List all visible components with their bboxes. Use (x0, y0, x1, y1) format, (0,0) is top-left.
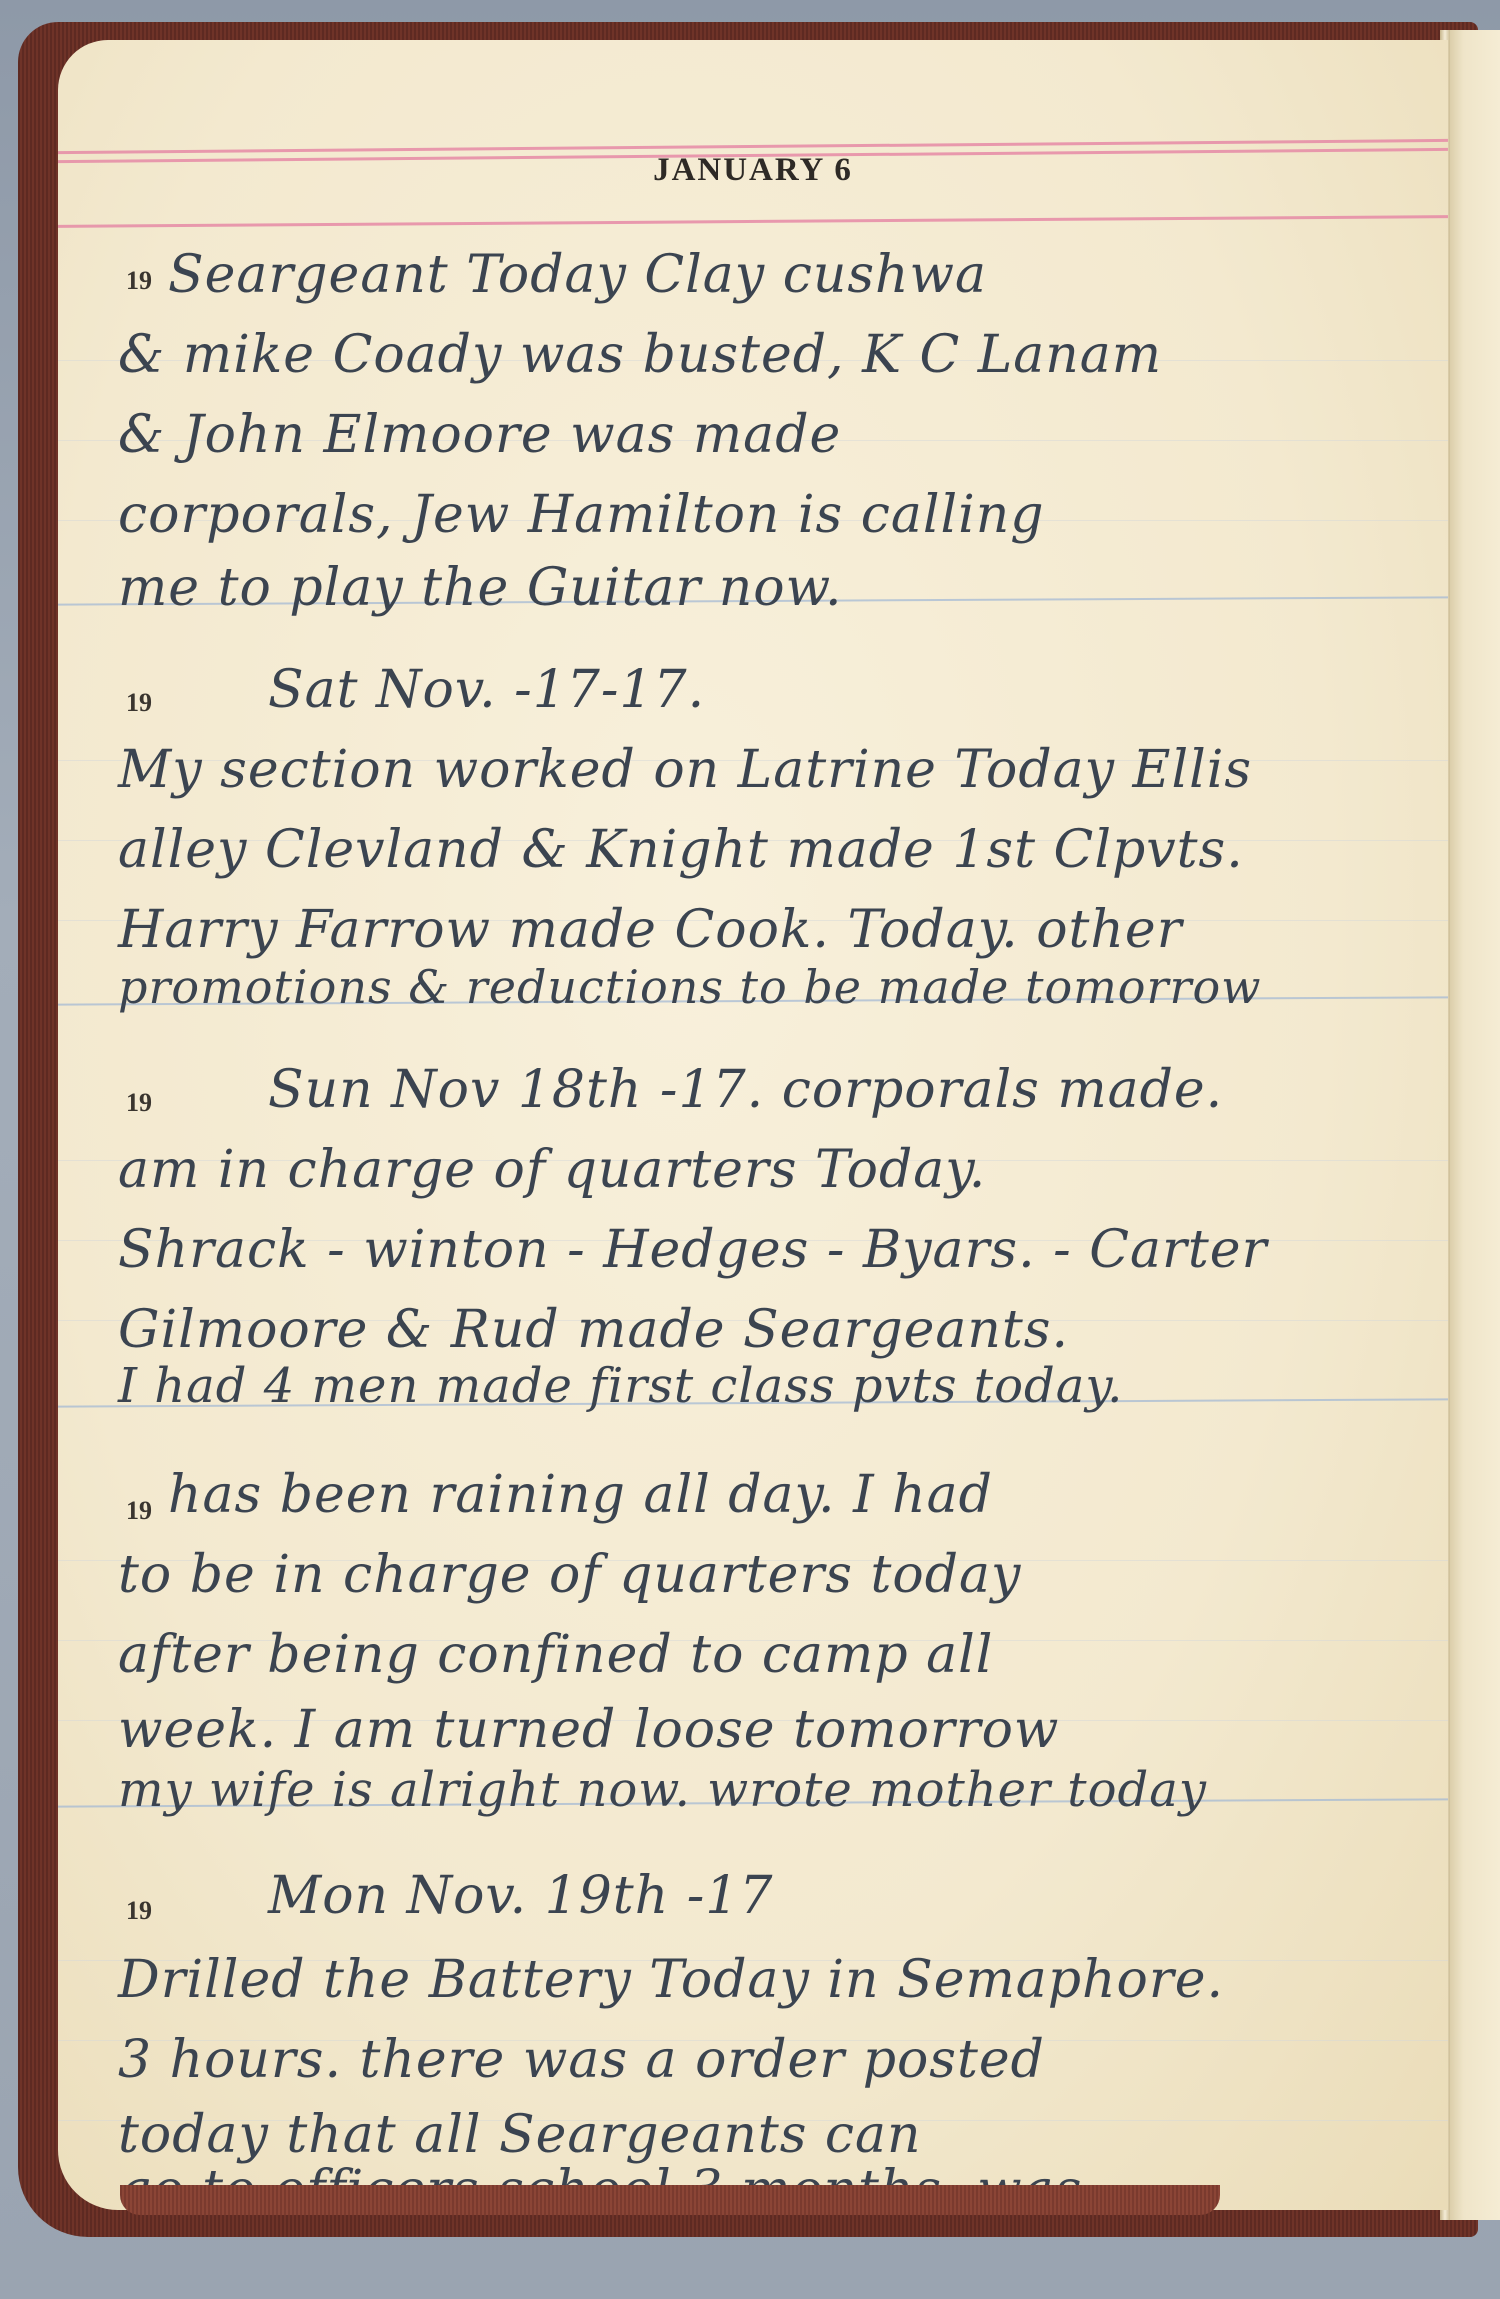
diary-page: JANUARY 6 19 Seargeant Today Clay cushwa… (58, 40, 1448, 2210)
year-label: 19 (126, 688, 152, 718)
handwritten-line: after being confined to camp all (118, 1625, 1448, 1685)
entry-date: Sun Nov 18th -17. corporals made. (268, 1060, 1448, 1120)
handwritten-line: 3 hours. there was a order posted (118, 2030, 1448, 2090)
handwritten-line: am in charge of quarters Today. (118, 1140, 1448, 1200)
year-label: 19 (126, 1496, 152, 1526)
year-label: 19 (126, 1088, 152, 1118)
cover-bottom-edge (120, 2185, 1220, 2215)
handwritten-line: my wife is alright now. wrote mother tod… (118, 1762, 1448, 1818)
handwritten-line: & mike Coady was busted, K C Lanam (118, 325, 1448, 385)
handwritten-line: I had 4 men made first class pvts today. (118, 1358, 1448, 1414)
entry-date: Mon Nov. 19th -17 (268, 1866, 1448, 1926)
handwritten-line: today that all Seargeants can (118, 2105, 1448, 2165)
pink-rule (58, 215, 1448, 228)
handwritten-line: & John Elmoore was made (118, 405, 1448, 465)
handwritten-line: Seargeant Today Clay cushwa (168, 245, 1448, 305)
page-header: JANUARY 6 (58, 152, 1448, 189)
year-label: 19 (126, 1896, 152, 1926)
handwritten-line: has been raining all day. I had (168, 1465, 1448, 1525)
handwritten-line: week. I am turned loose tomorrow (118, 1700, 1448, 1760)
page-date-header: JANUARY 6 (653, 152, 853, 189)
handwritten-line: Gilmoore & Rud made Seargeants. (118, 1300, 1448, 1360)
handwritten-line: promotions & reductions to be made tomor… (118, 960, 1448, 1014)
handwritten-line: alley Clevland & Knight made 1st Clpvts. (118, 820, 1448, 880)
handwritten-line: me to play the Guitar now. (118, 558, 1448, 618)
handwritten-line: Shrack - winton - Hedges - Byars. - Cart… (118, 1220, 1448, 1280)
entry-date: Sat Nov. -17-17. (268, 660, 1448, 720)
handwritten-line: My section worked on Latrine Today Ellis (118, 740, 1448, 800)
handwritten-line: to be in charge of quarters today (118, 1545, 1448, 1605)
facing-page-edge (1448, 30, 1500, 2220)
year-label: 19 (126, 266, 152, 296)
handwritten-line: Harry Farrow made Cook. Today. other (118, 900, 1448, 960)
handwritten-line: corporals, Jew Hamilton is calling (118, 485, 1448, 545)
handwritten-line: Drilled the Battery Today in Semaphore. (118, 1950, 1448, 2010)
